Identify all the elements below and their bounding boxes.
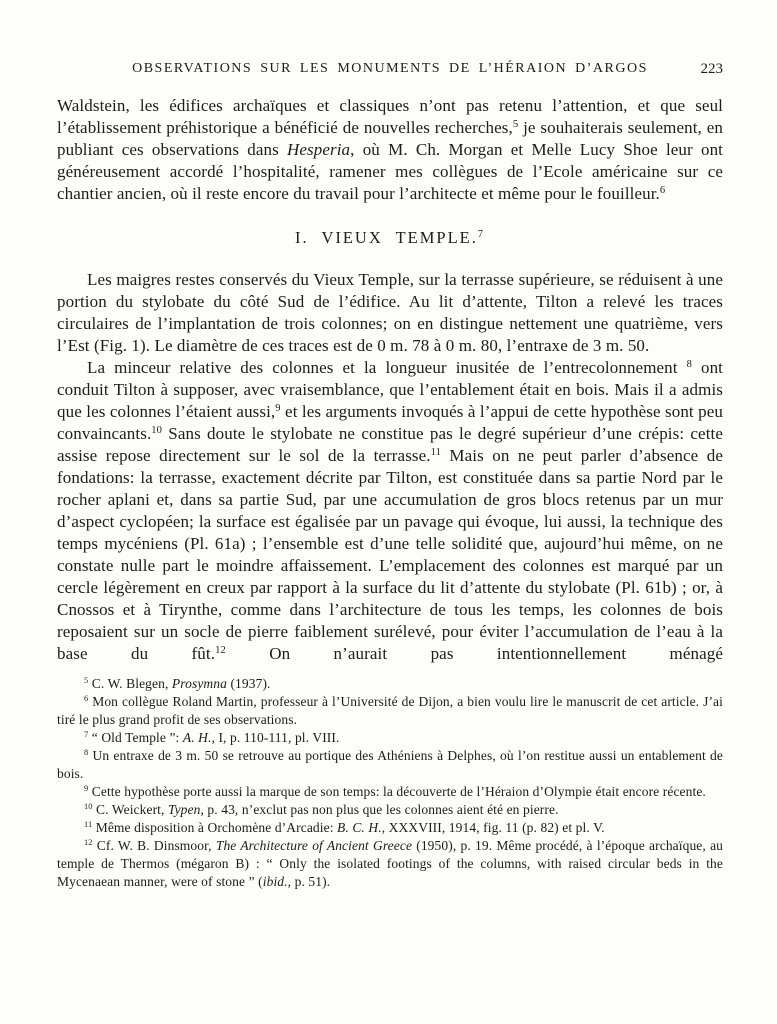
footnote-11: 11 Même disposition à Orchomène d’Arcadi… bbox=[57, 819, 723, 837]
footnote-marker: 8 bbox=[687, 359, 692, 370]
text-run: Même disposition à Orchomène d’Arcadie: bbox=[92, 820, 337, 835]
text-run: La minceur relative des colonnes et la l… bbox=[87, 358, 687, 377]
footnote-marker: 10 bbox=[151, 425, 162, 436]
text-run: Mon collègue Roland Martin, professeur à… bbox=[57, 694, 723, 727]
text-run: Cf. W. B. Dinsmoor, bbox=[93, 838, 216, 853]
footnote-marker: 9 bbox=[275, 403, 280, 414]
footnotes-section: 5 C. W. Blegen, Prosymna (1937). 6 Mon c… bbox=[57, 675, 723, 891]
text-run: Un entraxe de 3 m. 50 se retrouve au por… bbox=[57, 748, 723, 781]
text-run: (1937). bbox=[227, 676, 271, 691]
text-column: OBSERVATIONS SUR LES MONUMENTS DE L’HÉRA… bbox=[57, 0, 723, 891]
footnote-marker: 11 bbox=[431, 447, 441, 458]
footnote-marker: 11 bbox=[84, 820, 92, 829]
footnote-marker: 8 bbox=[84, 748, 88, 757]
running-head: OBSERVATIONS SUR LES MONUMENTS DE L’HÉRA… bbox=[57, 61, 723, 79]
footnote-5: 5 C. W. Blegen, Prosymna (1937). bbox=[57, 675, 723, 693]
text-run: On n’aurait pas intentionnellement ménag… bbox=[226, 644, 723, 663]
text-run: Mais on ne peut parler d’absence de fond… bbox=[57, 446, 723, 663]
paragraph-intro: Waldstein, les édifices archaïques et cl… bbox=[57, 95, 723, 205]
running-title: OBSERVATIONS SUR LES MONUMENTS DE L’HÉRA… bbox=[57, 61, 723, 77]
footnote-7: 7 “ Old Temple ”: A. H., I, p. 110-111, … bbox=[57, 729, 723, 747]
footnote-marker: 5 bbox=[84, 676, 88, 685]
text-run: , I, p. 110-111, pl. VIII. bbox=[212, 730, 340, 745]
text-run: Les maigres restes conservés du Vieux Te… bbox=[57, 270, 723, 355]
footnote-marker: 6 bbox=[660, 185, 665, 196]
text-run: Typen bbox=[168, 802, 201, 817]
text-run: C. Weickert, bbox=[93, 802, 168, 817]
text-run: ibid. bbox=[263, 874, 288, 889]
text-run: A. H. bbox=[183, 730, 212, 745]
text-run: , XXXVIII, 1914, fig. 11 (p. 82) et pl. … bbox=[382, 820, 605, 835]
text-run: Hesperia bbox=[287, 140, 350, 159]
footnote-marker: 7 bbox=[478, 229, 485, 240]
scanned-paper-page: OBSERVATIONS SUR LES MONUMENTS DE L’HÉRA… bbox=[0, 0, 777, 1024]
footnote-marker: 5 bbox=[513, 119, 518, 130]
footnote-9: 9 Cette hypothèse porte aussi la marque … bbox=[57, 783, 723, 801]
footnote-10: 10 C. Weickert, Typen, p. 43, n’exclut p… bbox=[57, 801, 723, 819]
footnote-marker: 9 bbox=[84, 784, 88, 793]
footnote-marker: 7 bbox=[84, 730, 88, 739]
text-run: B. C. H. bbox=[337, 820, 382, 835]
text-run: , p. 51). bbox=[288, 874, 331, 889]
footnote-12: 12 Cf. W. B. Dinsmoor, The Architecture … bbox=[57, 837, 723, 891]
paragraph-vieux-temple-1: Les maigres restes conservés du Vieux Te… bbox=[57, 269, 723, 357]
page-number: 223 bbox=[701, 61, 724, 78]
paragraph-vieux-temple-2: La minceur relative des colonnes et la l… bbox=[57, 357, 723, 665]
footnote-marker: 10 bbox=[84, 802, 93, 811]
text-run: Prosymna bbox=[172, 676, 227, 691]
footnote-marker: 12 bbox=[215, 645, 226, 656]
text-run: I. VIEUX TEMPLE. bbox=[295, 228, 478, 247]
text-run: Cette hypothèse porte aussi la marque de… bbox=[88, 784, 706, 799]
text-run: The Architecture of Ancient Greece bbox=[216, 838, 412, 853]
footnote-marker: 6 bbox=[84, 694, 88, 703]
footnote-marker: 12 bbox=[84, 838, 93, 847]
text-run: , p. 43, n’exclut pas non plus que les c… bbox=[200, 802, 558, 817]
footnote-6: 6 Mon collègue Roland Martin, professeur… bbox=[57, 693, 723, 729]
footnote-8: 8 Un entraxe de 3 m. 50 se retrouve au p… bbox=[57, 747, 723, 783]
section-heading: I. VIEUX TEMPLE.7 bbox=[57, 228, 723, 248]
text-run: “ Old Temple ”: bbox=[88, 730, 183, 745]
text-run: C. W. Blegen, bbox=[88, 676, 172, 691]
